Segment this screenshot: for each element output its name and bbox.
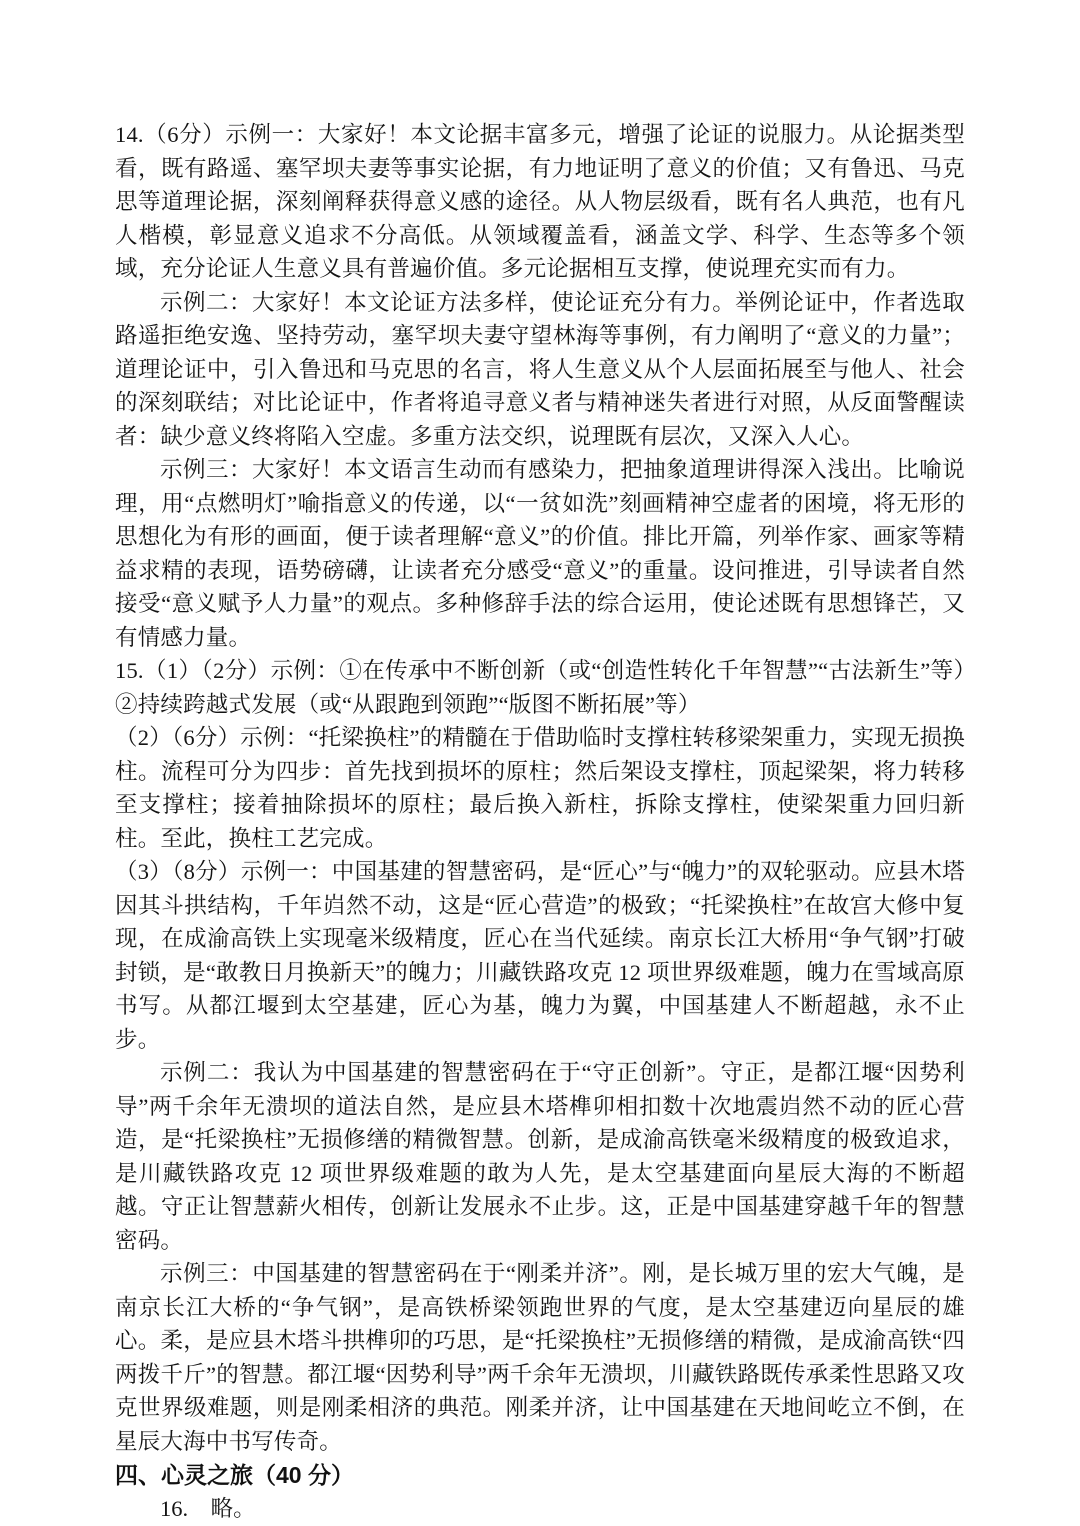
answer-sheet-page: 14.（6分）示例一：大家好！本文论据丰富多元，增强了论证的说服力。从论据类型看… [0, 0, 1080, 1526]
answer-paragraph-q14-example3: 示例三：大家好！本文语言生动而有感染力，把抽象道理讲得深入浅出。比喻说理，用“点… [115, 453, 965, 654]
answer-paragraph-q15-part3-example1: （3）（8分）示例一：中国基建的智慧密码，是“匠心”与“魄力”的双轮驱动。应县木… [115, 855, 965, 1056]
answer-paragraph-q15-part2: （2）（6分）示例：“托梁换柱”的精髓在于借助临时支撑柱转移梁架重力，实现无损换… [115, 721, 965, 855]
section-4-heading: 四、心灵之旅（40 分） [115, 1458, 965, 1492]
answer-paragraph-q15-part1: 15.（1）（2分）示例：①在传承中不断创新（或“创造性转化千年智慧”“古法新生… [115, 654, 965, 721]
answer-q16: 16. 略。 [115, 1492, 965, 1526]
answer-paragraph-q14-example1: 14.（6分）示例一：大家好！本文论据丰富多元，增强了论证的说服力。从论据类型看… [115, 118, 965, 286]
answer-paragraph-q14-example2: 示例二：大家好！本文论证方法多样，使论证充分有力。举例论证中，作者选取路遥拒绝安… [115, 286, 965, 454]
answer-paragraph-q15-part3-example3: 示例三：中国基建的智慧密码在于“刚柔并济”。刚，是长城万里的宏大气魄，是南京长江… [115, 1257, 965, 1458]
answer-paragraph-q15-part3-example2: 示例二：我认为中国基建的智慧密码在于“守正创新”。守正，是都江堰“因势利导”两千… [115, 1056, 965, 1257]
